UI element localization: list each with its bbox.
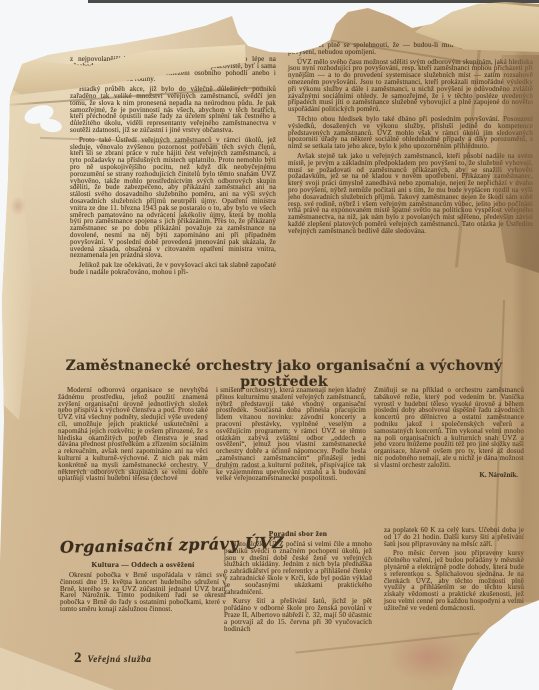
paragraph: Těchto obou hledisek bylo také dbáno při… bbox=[288, 116, 533, 150]
orchestra-column-3: Zmiňuji se na příklad o orchestru zaměst… bbox=[374, 387, 524, 485]
paragraph: Proto také Ústředí veřejných zaměstnanců… bbox=[70, 137, 276, 259]
page-number: 2 bbox=[74, 650, 82, 667]
pink-stain bbox=[388, 632, 468, 682]
poradni-continuation-column: za poplatek 60 K za celý kurs. Učební do… bbox=[384, 527, 524, 615]
paragraph: Okresní pobočka v Brně uspořádala v rámc… bbox=[60, 572, 226, 613]
newspaper-clipping: z nejpovolanějších úst řečeno, a byť šlo… bbox=[0, 0, 539, 690]
paragraph: Moderní odborová organisace se nevyhýbá … bbox=[58, 387, 208, 482]
paragraph: z nejpovolanějších úst řečeno, a byť šlo… bbox=[70, 56, 276, 83]
paragraph: za poplatek 60 K za celý kurs. Učební do… bbox=[384, 527, 524, 547]
paragraph: zaměstnanci plně se spolehnouti, že — bu… bbox=[288, 42, 533, 56]
torn-flap-left-edge bbox=[2, 85, 36, 420]
scanner-edge-strip bbox=[88, 0, 539, 3]
page-footer: 2 Veřejná služba bbox=[74, 650, 152, 667]
paragraph: Pro měsíc červen jsou připraveny kursy ú… bbox=[384, 550, 524, 611]
poradni-heading: Poradní sbor žen bbox=[224, 529, 372, 538]
promotion-article-left-column: z nejpovolanějších úst řečeno, a byť šlo… bbox=[70, 42, 276, 279]
right-edge-shading bbox=[512, 0, 539, 602]
promotion-article: z nejpovolanějších úst řečeno, a byť šlo… bbox=[70, 42, 533, 279]
promotion-article-right-column: zaměstnanci plně se spolehnouti, že — bu… bbox=[288, 42, 533, 279]
paper-hole bbox=[39, 117, 63, 134]
paragraph: Tato složka ÚVZ počíná si velmi čile a m… bbox=[224, 541, 372, 595]
kultura-heading: Kultura — Oddech a osvěžení bbox=[60, 560, 226, 569]
paragraph: i smíšené orchestry), která znamenají ne… bbox=[216, 387, 366, 482]
org-news-section: Organisační zprávy ÚVZ Kultura — Oddech … bbox=[60, 536, 226, 616]
author-signature: K. Nárožník. bbox=[374, 472, 524, 479]
paragraph: Zmiňuji se na příklad o orchestru zaměst… bbox=[374, 387, 524, 469]
paragraph: Hladký průběh akce, jíž bylo do válečně … bbox=[70, 86, 276, 134]
org-news-script-headline: Organisační zprávy ÚVZ bbox=[60, 534, 226, 556]
paragraph: ÚVZ mělo svého času možnost sděliti svým… bbox=[288, 59, 533, 113]
orchestra-column-2: i smíšené orchestry), která znamenají ne… bbox=[216, 387, 366, 485]
publication-name: Veřejná služba bbox=[88, 654, 152, 664]
pink-stain bbox=[10, 196, 26, 216]
paragraph: Kursy šití a přešívání šatů, jichž je pě… bbox=[224, 598, 372, 632]
paragraph: Jelikož pak lze očekávati, že v povyšova… bbox=[70, 262, 276, 276]
orchestra-article-columns: Moderní odborová organisace se nevyhýbá … bbox=[58, 387, 524, 485]
poradni-sbor-zen-section: Poradní sbor žen Tato složka ÚVZ počíná … bbox=[224, 527, 372, 635]
scanned-newspaper-page: z nejpovolanějších úst řečeno, a byť šlo… bbox=[0, 0, 539, 690]
paragraph: Avšak stejně tak jako u veřejných zaměst… bbox=[288, 153, 533, 235]
orchestra-column-1: Moderní odborová organisace se nevyhýbá … bbox=[58, 387, 208, 485]
paper-crease bbox=[295, 632, 479, 653]
